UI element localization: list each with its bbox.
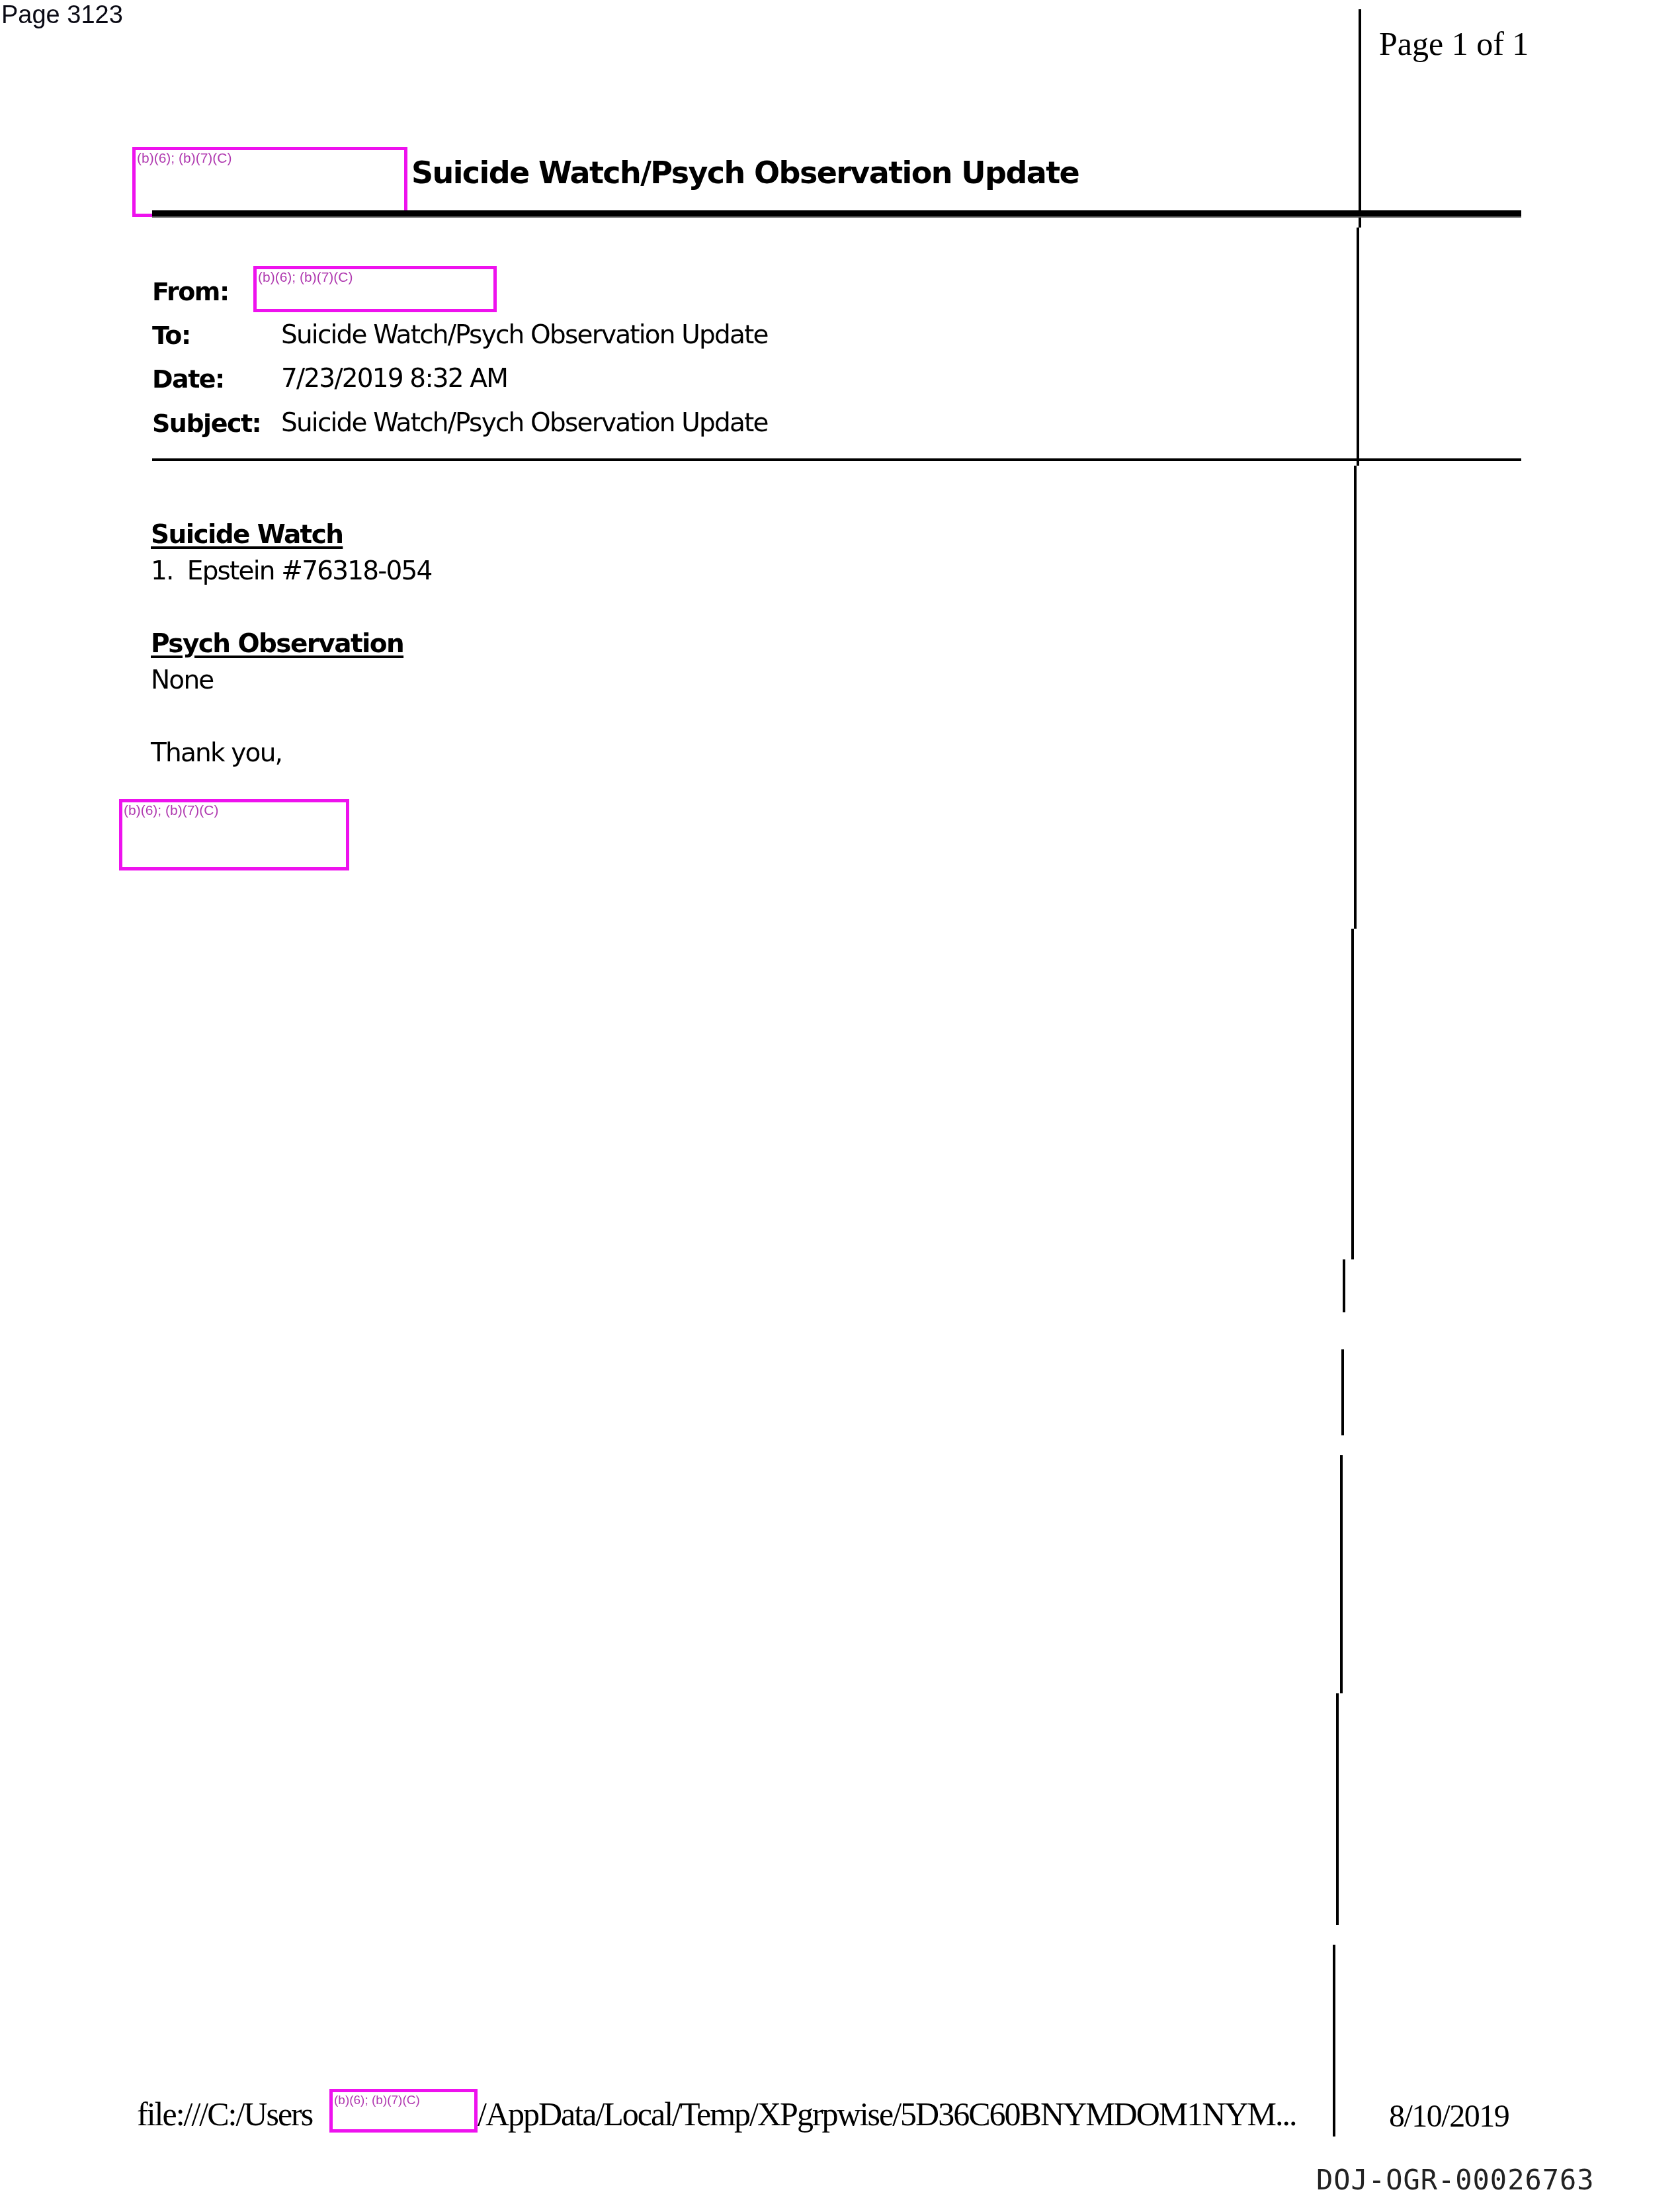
email-title: Suicide Watch/Psych Observation Update: [411, 153, 1079, 192]
subject-value: Suicide Watch/Psych Observation Update: [281, 408, 768, 439]
psych-observation-value: None: [151, 665, 214, 696]
redaction-box-title: (b)(6); (b)(7)(C): [132, 147, 407, 217]
scan-page-number: Page 3123: [1, 0, 123, 30]
redaction-box-signature: (b)(6); (b)(7)(C): [119, 799, 349, 870]
redaction-label: (b)(6); (b)(7)(C): [137, 150, 231, 167]
psych-observation-heading: Psych Observation: [151, 629, 403, 659]
suicide-watch-item: 1. Epstein #76318-054: [151, 556, 432, 587]
to-label: To:: [152, 320, 190, 351]
date-value: 7/23/2019 8:32 AM: [281, 364, 507, 394]
closing-text: Thank you,: [151, 738, 282, 769]
redaction-box-from: (b)(6); (b)(7)(C): [253, 266, 497, 312]
date-label: Date:: [152, 364, 224, 394]
redaction-label: (b)(6); (b)(7)(C): [258, 269, 353, 286]
redaction-box-footer: (b)(6); (b)(7)(C): [329, 2089, 478, 2133]
header-divider: [152, 458, 1521, 461]
bates-number: DOJ-OGR-00026763: [1316, 2163, 1595, 2197]
footer-path-suffix: /AppData/Local/Temp/XPgrpwise/5D36C60BNY…: [478, 2094, 1296, 2134]
footer-path-prefix: file:///C:/Users: [137, 2094, 312, 2134]
to-value: Suicide Watch/Psych Observation Update: [281, 320, 768, 351]
subject-label: Subject:: [152, 408, 261, 439]
redaction-label: (b)(6); (b)(7)(C): [334, 2092, 420, 2109]
title-divider: [152, 210, 1521, 218]
suicide-watch-heading: Suicide Watch: [151, 520, 343, 550]
footer-print-date: 8/10/2019: [1389, 2097, 1509, 2137]
page-count: Page 1 of 1: [1379, 24, 1529, 64]
redaction-label: (b)(6); (b)(7)(C): [124, 802, 218, 820]
from-label: From:: [152, 276, 229, 307]
